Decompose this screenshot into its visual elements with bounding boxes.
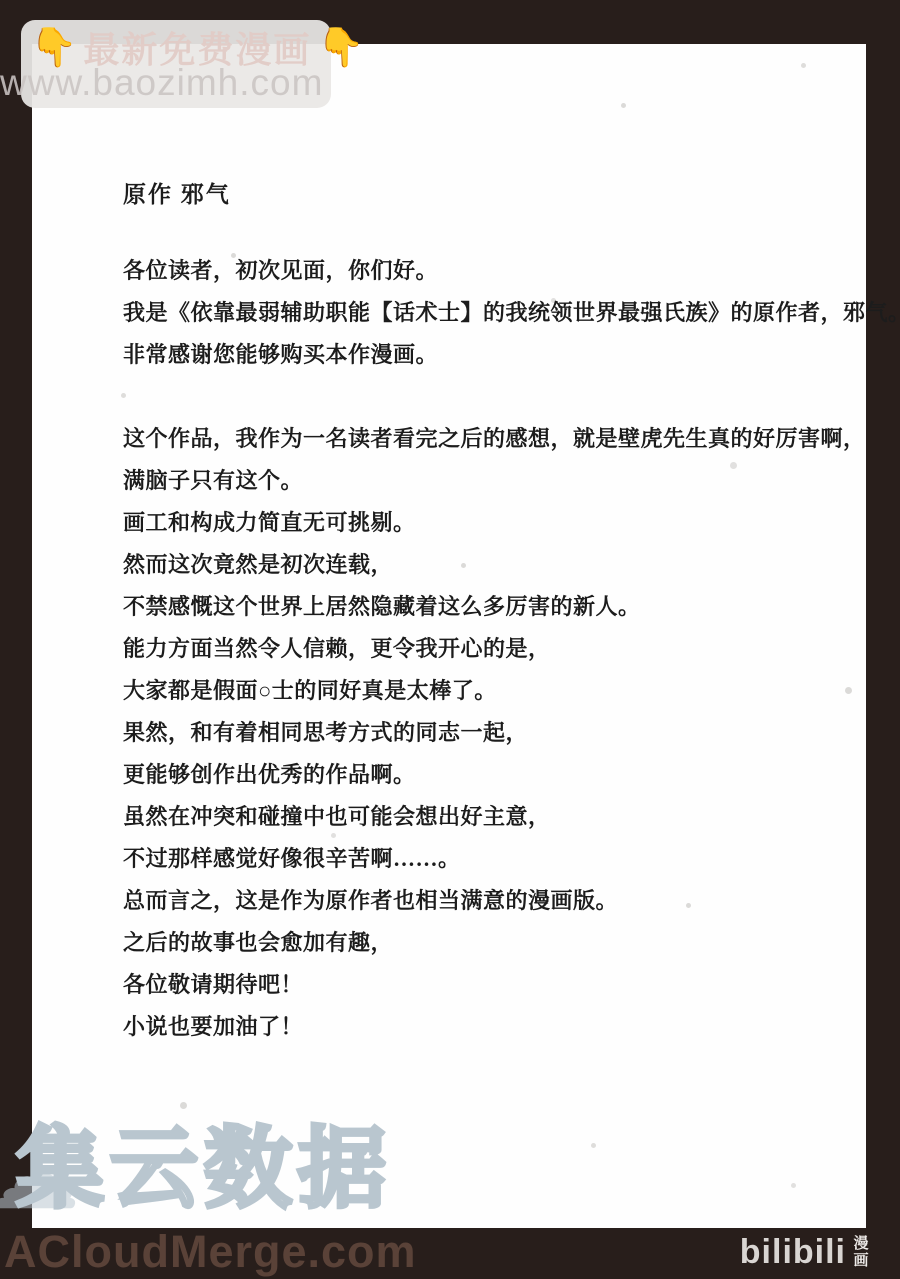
letter-line: 更能够创作出优秀的作品啊。 [123, 754, 847, 796]
letter-line: 画工和构成力简直无可挑剔。 [123, 502, 847, 544]
bottom-watermark-domain: ACloudMerge.com [4, 1226, 417, 1278]
letter-line: 非常感谢您能够购买本作漫画。 [123, 334, 847, 376]
letter-line: 总而言之，这是作为原作者也相当满意的漫画版。 [123, 880, 847, 922]
letter-line: 各位敬请期待吧！ [123, 964, 847, 1006]
letter-line: 各位读者，初次见面，你们好。 [123, 250, 847, 292]
letter-line: 虽然在冲突和碰撞中也可能会想出好主意， [123, 796, 847, 838]
bottom-watermark-chinese: 集云数据 [16, 1118, 392, 1219]
bilibili-manga-logo: bilibili 漫画 [740, 1235, 884, 1269]
letter-line: 然而这次竟然是初次连载， [123, 544, 847, 586]
manga-vertical-label: 漫画 [851, 1235, 868, 1269]
bilibili-wordmark: bilibili [740, 1235, 846, 1269]
letter-line: 小说也要加油了！ [123, 1006, 847, 1048]
letter-line: 能力方面当然令人信赖，更令我开心的是， [123, 628, 847, 670]
author-credit: 原作 邪气 [123, 176, 231, 209]
letter-line: 我是《依靠最弱辅助职能【话术士】的我统领世界最强氏族》的原作者，邪气。 [123, 292, 847, 334]
letter-line: 满脑子只有这个。 [123, 460, 847, 502]
top-watermark-url: www.baozimh.com [0, 62, 323, 104]
letter-line-blank [123, 376, 847, 418]
letter-line: 这个作品，我作为一名读者看完之后的感想，就是壁虎先生真的好厉害啊， [123, 418, 847, 460]
letter-line: 果然，和有着相同思考方式的同志一起， [123, 712, 847, 754]
letter-line: 之后的故事也会愈加有趣， [123, 922, 847, 964]
letter-line: 大家都是假面○士的同好真是太棒了。 [123, 670, 847, 712]
letter-line: 不过那样感觉好像很辛苦啊……。 [123, 838, 847, 880]
afterword-letter: 各位读者，初次见面，你们好。 我是《依靠最弱辅助职能【话术士】的我统领世界最强氏… [123, 250, 847, 1048]
letter-line: 不禁感慨这个世界上居然隐藏着这么多厉害的新人。 [123, 586, 847, 628]
down-arrow-icon: 👇 [317, 29, 364, 67]
down-arrow-icon: 👇 [30, 29, 77, 67]
